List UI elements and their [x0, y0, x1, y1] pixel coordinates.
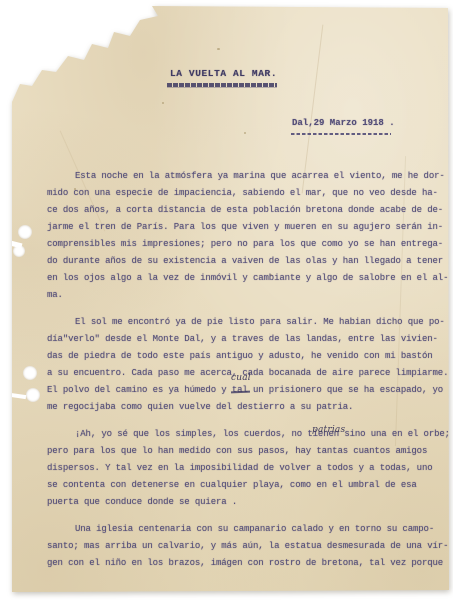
text-line: gen con el niño en los brazos, imágen co…: [47, 555, 453, 572]
text-line: mido con una especie de impaciencia, sab…: [47, 185, 453, 202]
letter-body: Esta noche en la atmósfera ya marina que…: [47, 168, 453, 572]
date-underline: [291, 133, 391, 135]
text-line: El sol me encontró ya de pie listo para …: [47, 314, 453, 331]
text-line: comprensibles mis impresiones; pero no p…: [47, 236, 453, 253]
text-line: ce dos años, a corta distancia de esta p…: [47, 202, 453, 219]
text-line: ¡Ah, yo sé que los simples, los cuerdos,…: [47, 426, 453, 443]
text-line: Esta noche en la atmósfera ya marina que…: [47, 168, 453, 185]
text-line: do durante años de su existencia a vaive…: [47, 253, 453, 270]
text-line: puerta que conduce donde se quiera .: [47, 494, 453, 511]
punch-hole: [18, 225, 32, 239]
text-line: día"verlo" desde el Monte Dal, y a trave…: [47, 331, 453, 348]
text-line: Una iglesia centenaria con su campanario…: [47, 521, 453, 538]
text-line: en los ojos algo a la vez de inmóvil y c…: [47, 270, 453, 287]
handwritten-annotation-patrias: patrias: [312, 426, 345, 435]
text-line: me regocijaba como quien vuelve del dest…: [47, 399, 453, 416]
edge-tear: [10, 241, 23, 249]
handwritten-annotation-cual: cual: [231, 374, 251, 383]
letter-title: LA VUELTA AL MAR.: [170, 68, 277, 79]
text-line: dispersos. Y tal vez en la imposibilidad…: [47, 460, 453, 477]
paragraph: Esta noche en la atmósfera ya marina que…: [47, 168, 453, 304]
text-line: se contenta con detenerse en cualquier p…: [47, 477, 453, 494]
paper-speck: [244, 132, 246, 134]
paragraph: El sol me encontró ya de pie listo para …: [47, 314, 453, 416]
text-line: santo; mas arriba un calvario, y más aún…: [47, 538, 453, 555]
paragraph: Una iglesia centenaria con su campanario…: [47, 521, 453, 572]
letter-page: LA VUELTA AL MAR. Dal,29 Marzo 1918 . Es…: [12, 6, 449, 592]
paper-sheet: LA VUELTA AL MAR. Dal,29 Marzo 1918 . Es…: [12, 6, 449, 592]
text-line: ma.: [47, 287, 453, 304]
text-line: jarme el tren de París. Para los que viv…: [47, 219, 453, 236]
date-line: Dal,29 Marzo 1918 .: [292, 118, 395, 128]
punch-hole: [23, 366, 37, 380]
text-line: El polvo del camino es ya húmedo y tal u…: [47, 382, 453, 399]
text-line: pero para los que lo han medido con sus …: [47, 443, 453, 460]
title-underline: [167, 83, 277, 87]
text-line: das de piedra de todo este país antiguo …: [47, 348, 453, 365]
paper-speck: [217, 48, 220, 50]
punch-hole: [26, 388, 40, 402]
edge-tear: [10, 393, 26, 399]
paper-speck: [162, 102, 164, 104]
paragraph: ¡Ah, yo sé que los simples, los cuerdos,…: [47, 426, 453, 511]
